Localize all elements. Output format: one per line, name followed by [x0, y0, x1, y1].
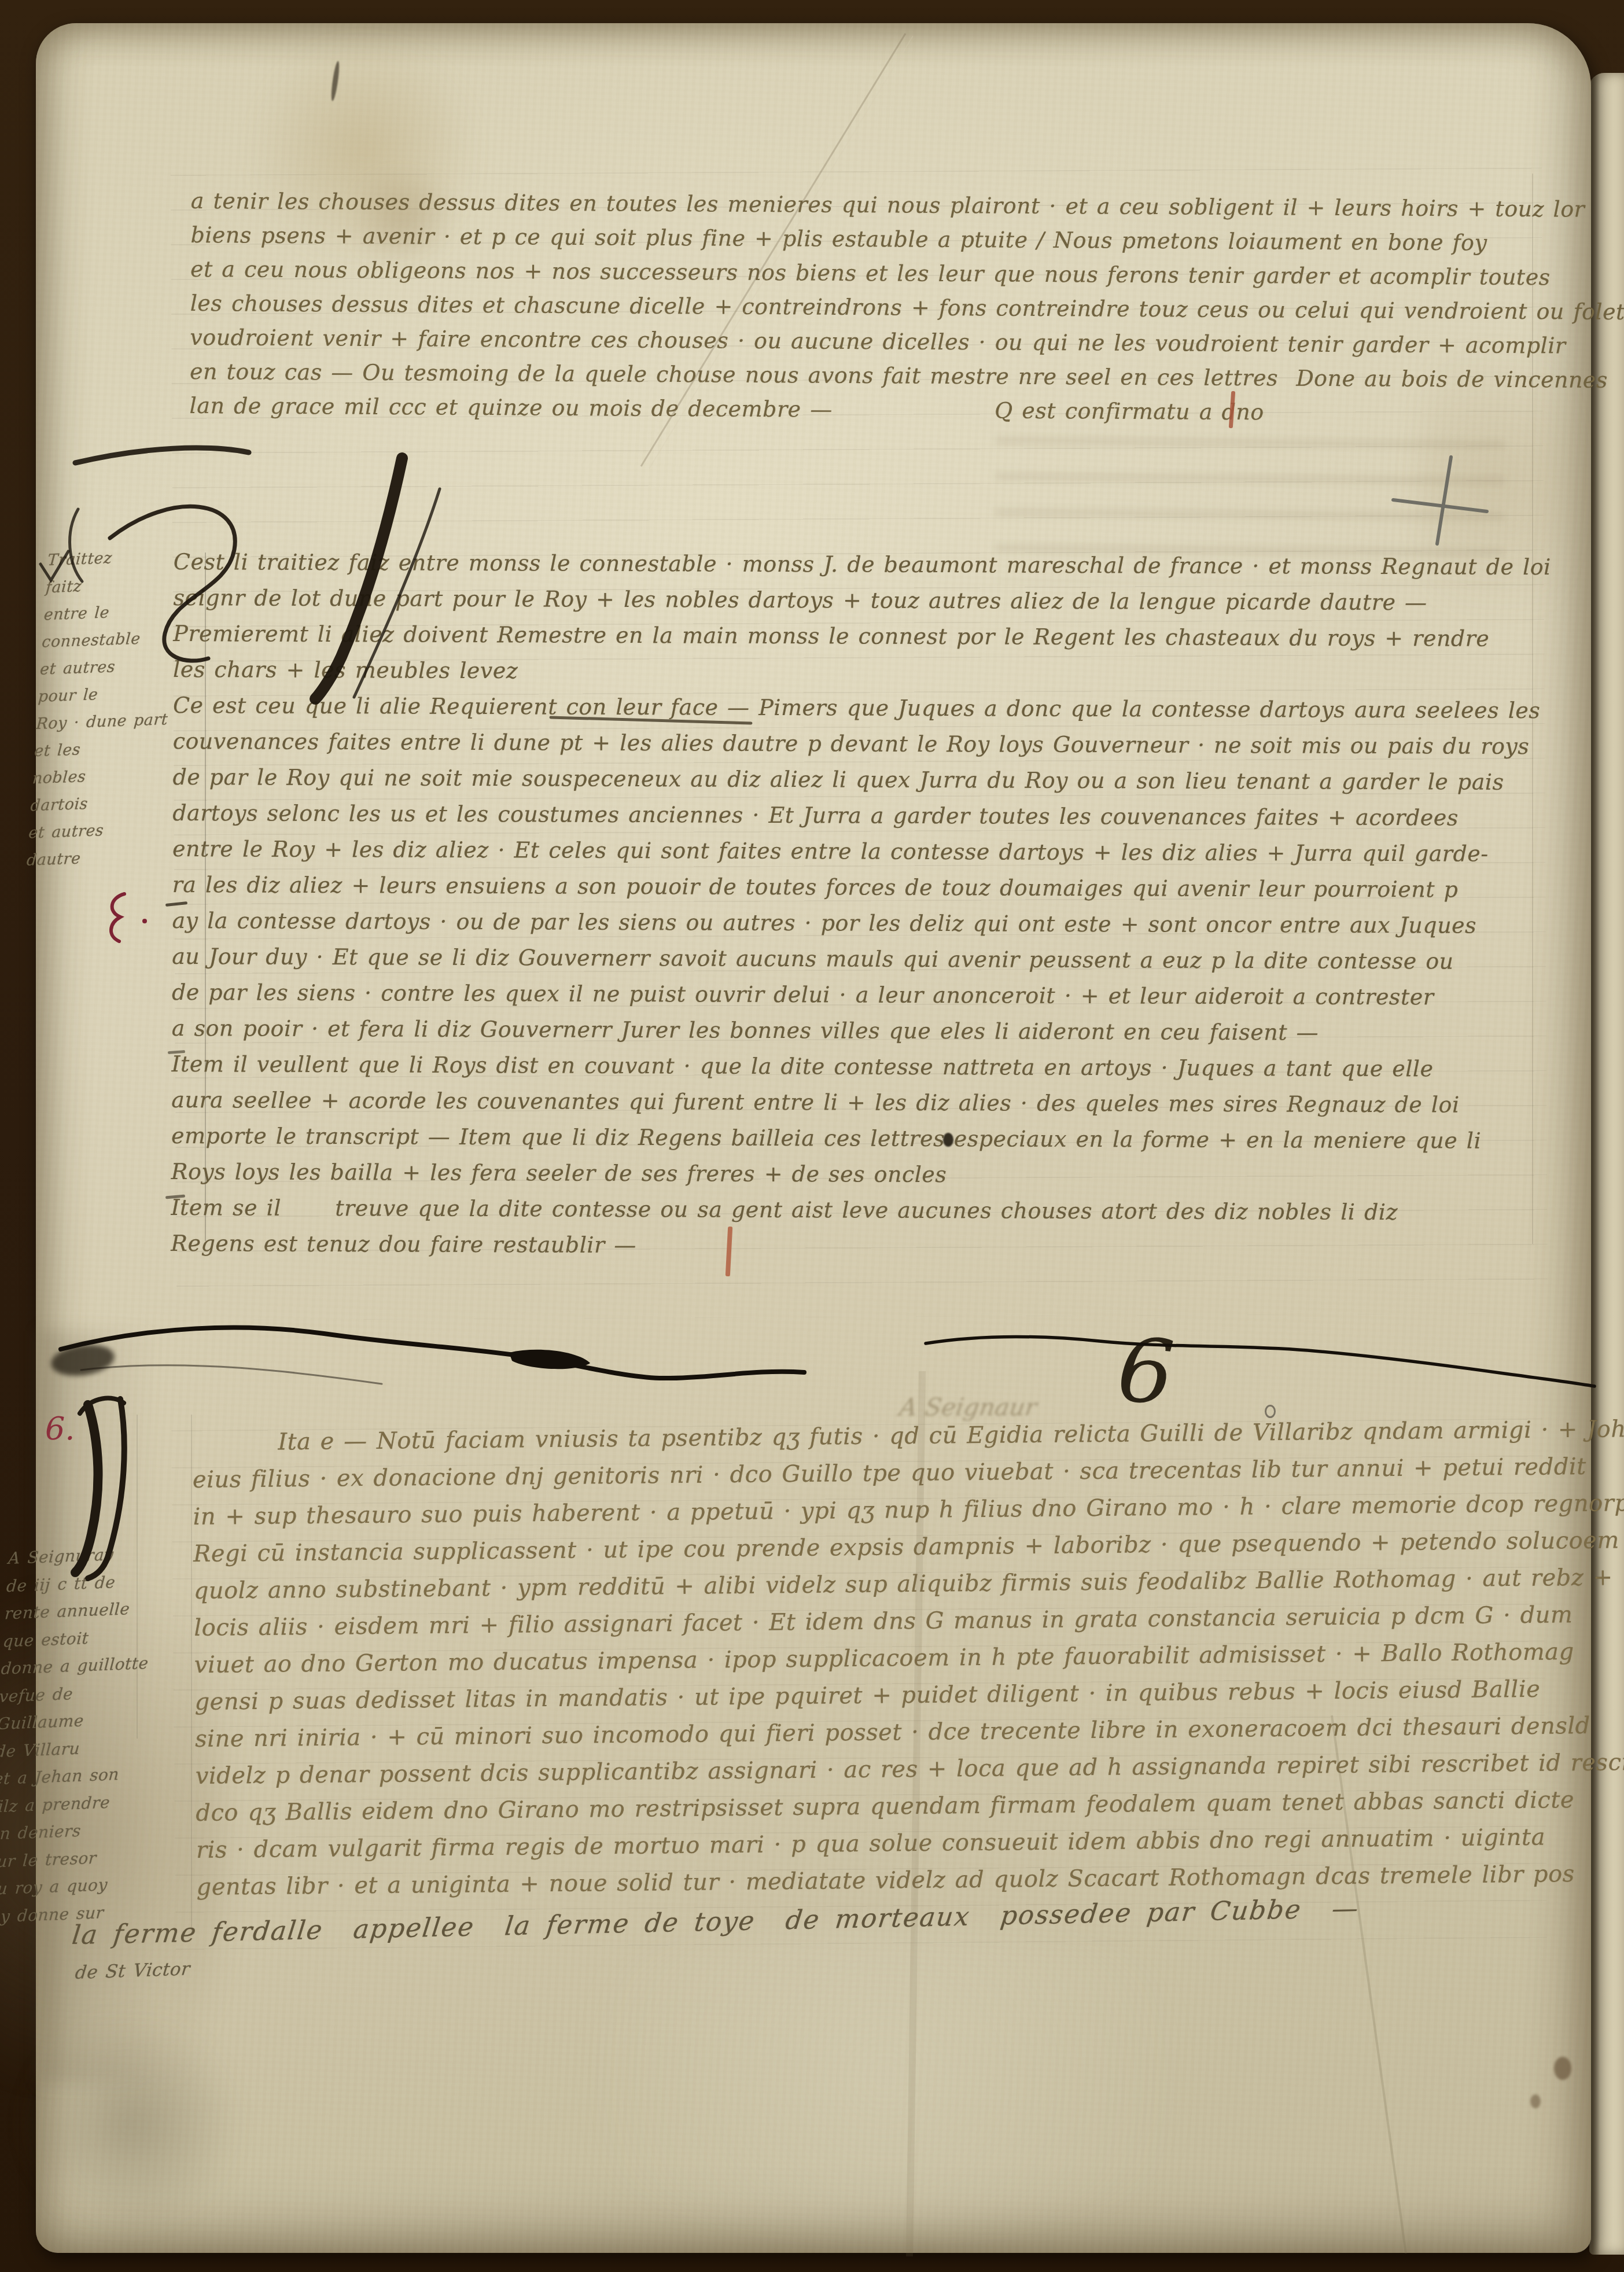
manuscript-photograph: a tenir les chouses dessus dites en tout…	[0, 0, 1624, 2272]
parchment-folio	[36, 23, 1591, 2253]
adjacent-folio-edge	[1589, 73, 1624, 2255]
